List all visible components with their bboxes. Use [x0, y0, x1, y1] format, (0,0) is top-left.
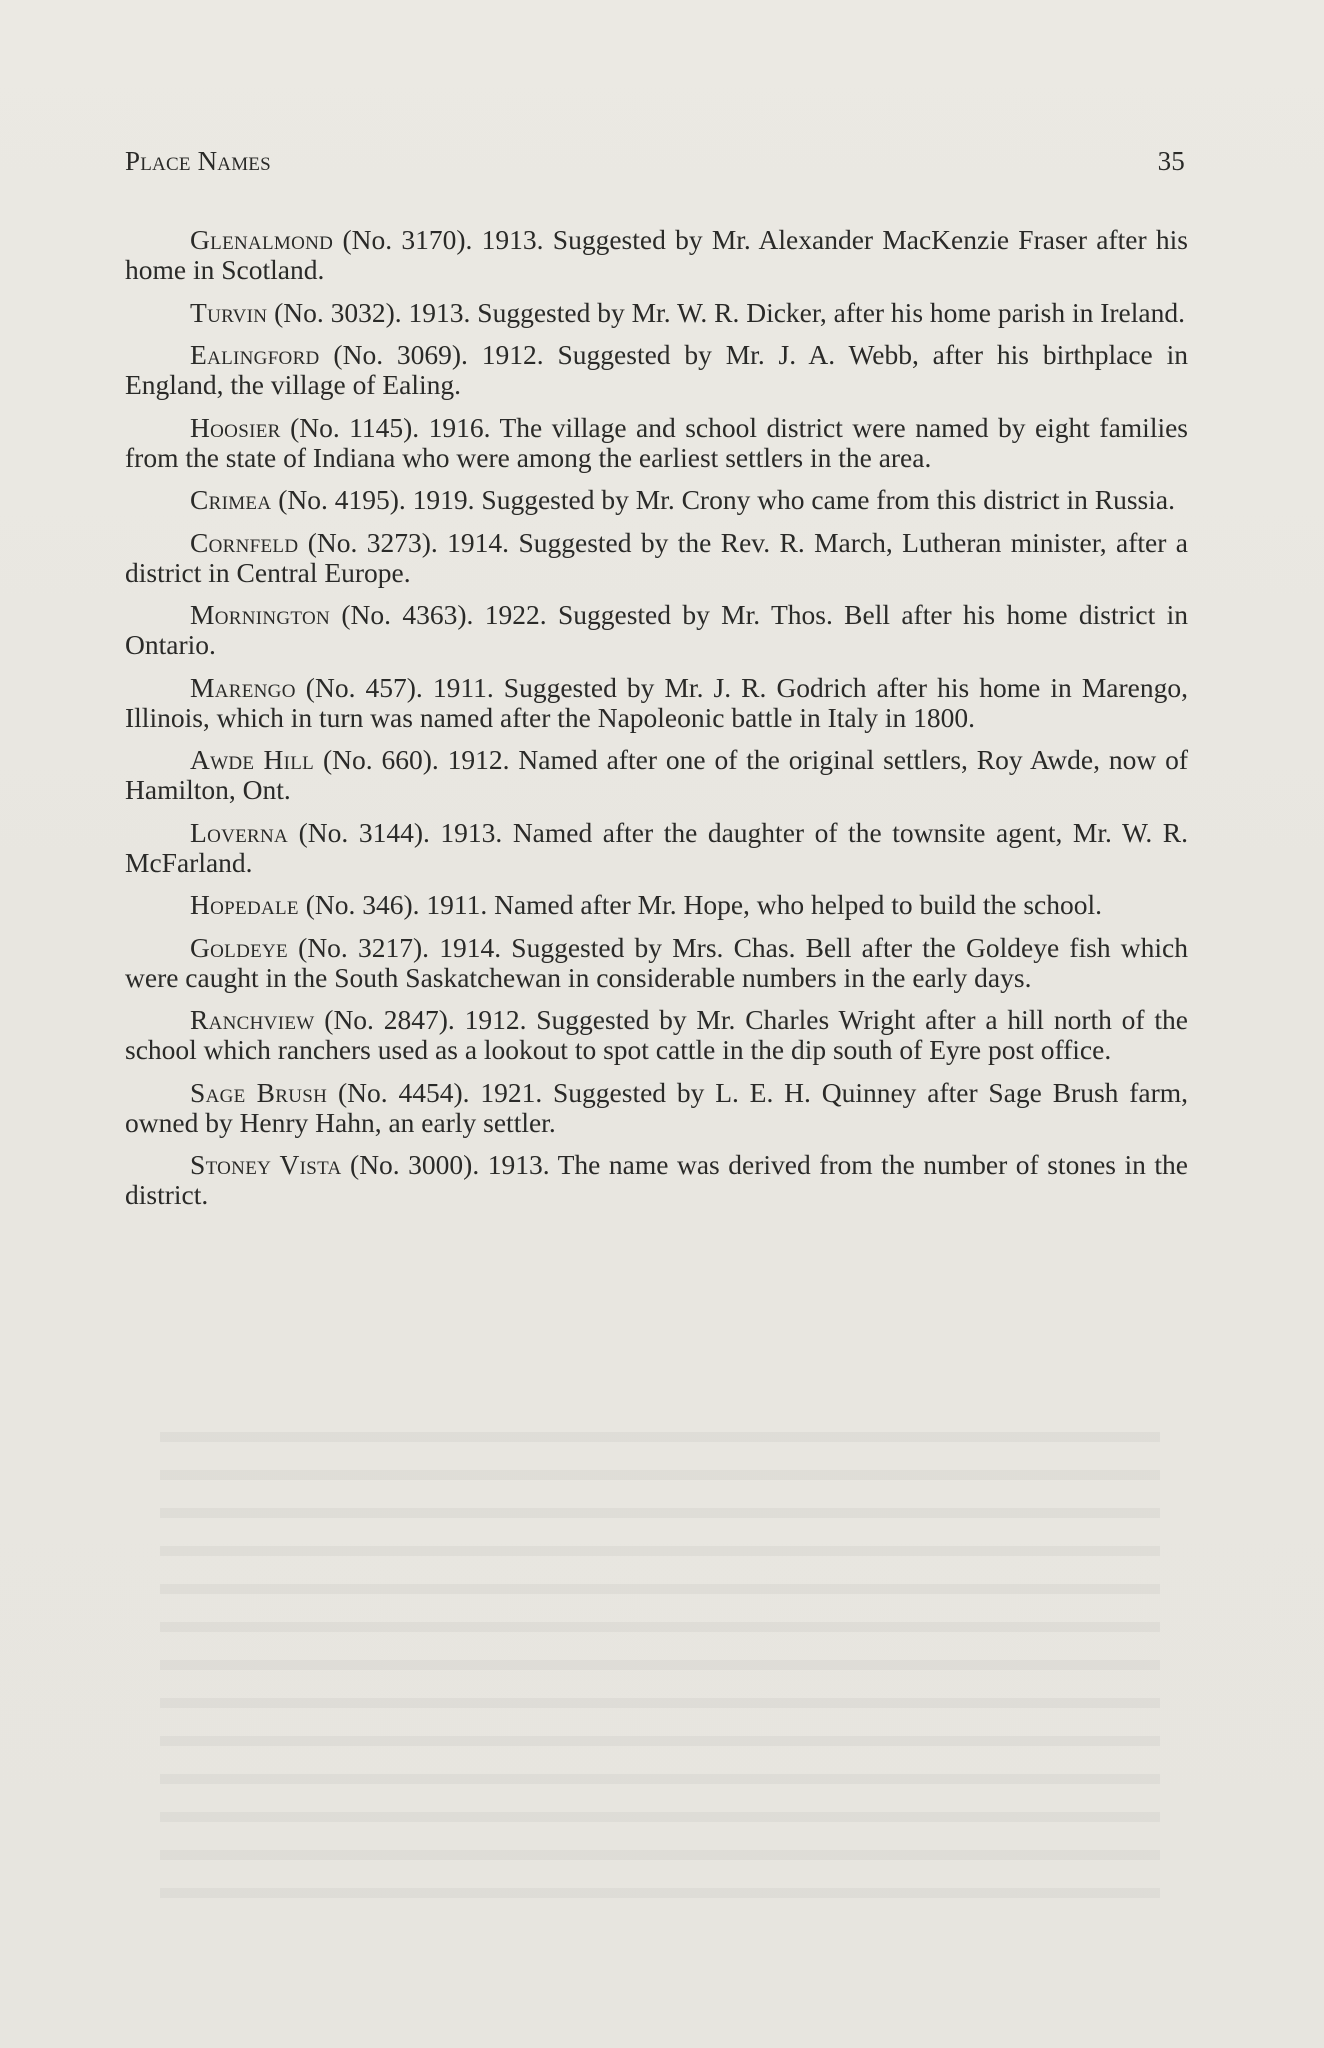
entry-marengo: Marengo (No. 457). 1911. Suggested by Mr…	[125, 673, 1188, 733]
entry-name: Loverna	[190, 817, 288, 848]
entry-text: (No. 1145). 1916. The village and school…	[125, 412, 1188, 473]
show-through-texture	[160, 1410, 1160, 1910]
entry-name: Ranchview	[190, 1004, 314, 1035]
entry-text: (No. 3032). 1913. Suggested by Mr. W. R.…	[274, 297, 1185, 328]
entry-name: Crimea	[190, 484, 271, 515]
entry-name: Ealingford	[190, 339, 320, 370]
page-number: 35	[1158, 146, 1185, 177]
entry-name: Hopedale	[190, 889, 299, 920]
entry-name: Sage Brush	[190, 1077, 327, 1108]
entry-sage-brush: Sage Brush (No. 4454). 1921. Suggested b…	[125, 1078, 1188, 1138]
entry-goldeye: Goldeye (No. 3217). 1914. Suggested by M…	[125, 933, 1188, 993]
entry-name: Turvin	[190, 297, 267, 328]
entry-cornfeld: Cornfeld (No. 3273). 1914. Suggested by …	[125, 528, 1188, 588]
entry-name: Marengo	[190, 672, 296, 703]
entry-awde-hill: Awde Hill (No. 660). 1912. Named after o…	[125, 745, 1188, 805]
entry-name: Mornington	[190, 599, 330, 630]
entry-name: Awde Hill	[190, 744, 314, 775]
entry-loverna: Loverna (No. 3144). 1913. Named after th…	[125, 818, 1188, 878]
book-page: Place Names 35 Glenalmond (No. 3170). 19…	[0, 0, 1324, 2048]
entry-ranchview: Ranchview (No. 2847). 1912. Suggested by…	[125, 1005, 1188, 1065]
entry-text: (No. 4195). 1919. Suggested by Mr. Crony…	[278, 484, 1175, 515]
place-name-entries: Glenalmond (No. 3170). 1913. Suggested b…	[125, 225, 1188, 1223]
entry-name: Hoosier	[190, 412, 281, 443]
entry-text: (No. 346). 1911. Named after Mr. Hope, w…	[306, 889, 1102, 920]
entry-crimea: Crimea (No. 4195). 1919. Suggested by Mr…	[125, 485, 1188, 515]
entry-name: Cornfeld	[190, 527, 298, 558]
running-head: Place Names 35	[125, 146, 1185, 177]
entry-hopedale: Hopedale (No. 346). 1911. Named after Mr…	[125, 890, 1188, 920]
entry-hoosier: Hoosier (No. 1145). 1916. The village an…	[125, 413, 1188, 473]
entry-name: Goldeye	[190, 932, 288, 963]
entry-mornington: Mornington (No. 4363). 1922. Suggested b…	[125, 600, 1188, 660]
entry-name: Stoney Vista	[190, 1149, 342, 1180]
entry-stoney-vista: Stoney Vista (No. 3000). 1913. The name …	[125, 1150, 1188, 1210]
entry-name: Glenalmond	[190, 224, 333, 255]
entry-ealingford: Ealingford (No. 3069). 1912. Suggested b…	[125, 340, 1188, 400]
running-head-title: Place Names	[125, 146, 271, 177]
entry-turvin: Turvin (No. 3032). 1913. Suggested by Mr…	[125, 298, 1188, 328]
entry-glenalmond: Glenalmond (No. 3170). 1913. Suggested b…	[125, 225, 1188, 285]
